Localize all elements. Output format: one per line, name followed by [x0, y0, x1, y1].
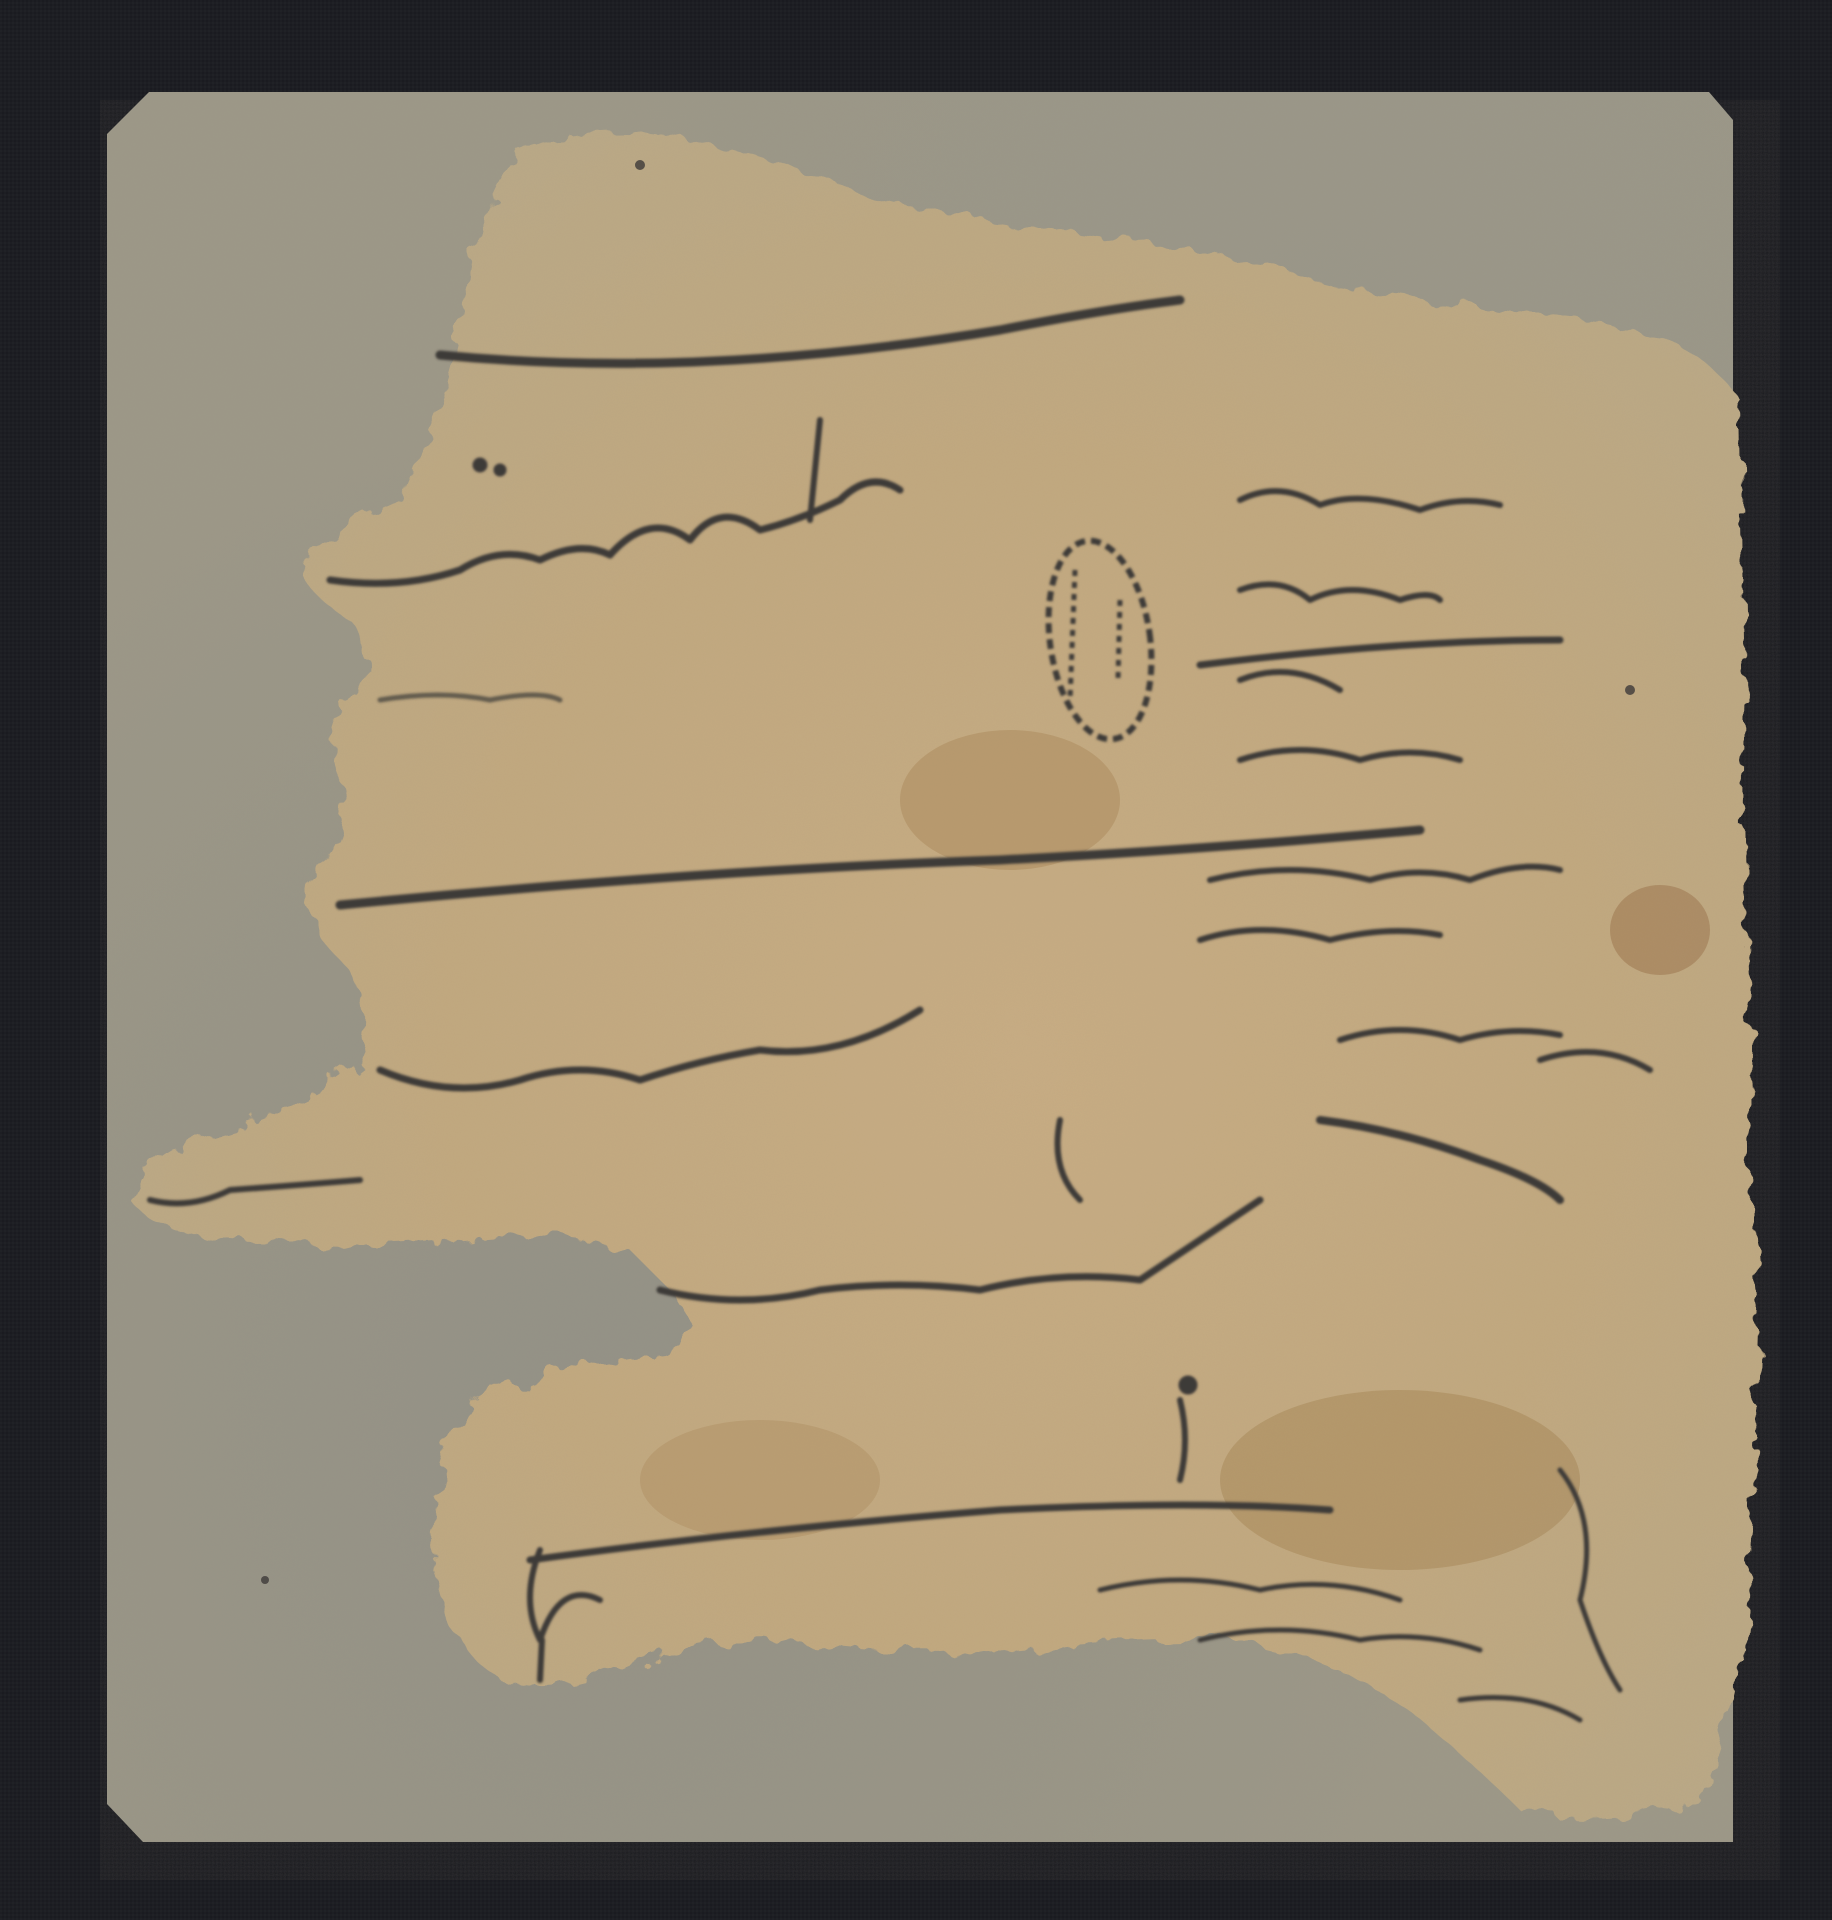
manuscript-fragment	[0, 0, 1832, 1920]
